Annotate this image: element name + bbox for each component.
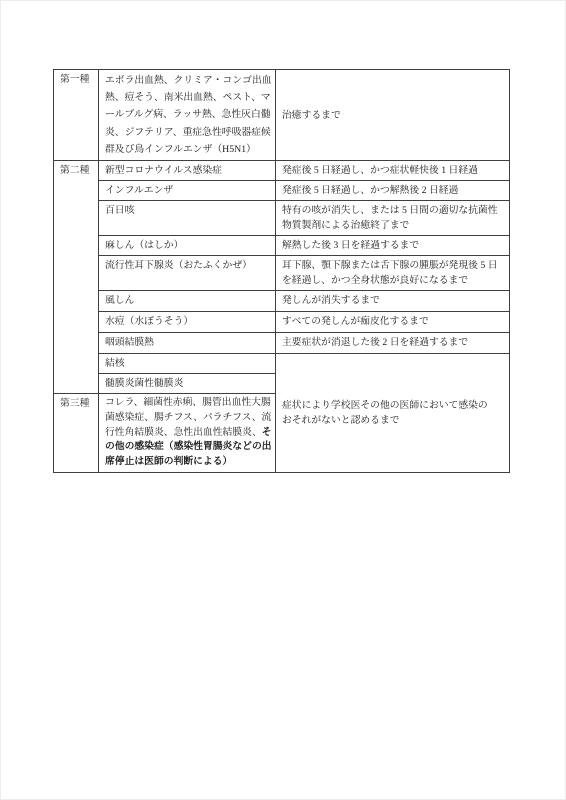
criteria-cell-rubella: 発しんが消失するまで bbox=[276, 291, 510, 312]
criteria-cell-pharyngoconjunctival-fever: 主要症状が消退した後 2 日を経過するまで bbox=[276, 333, 510, 354]
disease-cell-meningococcal-meningitis: 髄膜炎菌性髄膜炎 bbox=[99, 374, 276, 394]
table-row: 麻しん（はしか） 解熱した後 3 日を経過するまで bbox=[54, 236, 510, 256]
table-row: インフルエンザ 発症後 5 日経過し、かつ解熱後 2 日経過 bbox=[54, 181, 510, 201]
disease-cell-pharyngoconjunctival-fever: 咽頭結膜熱 bbox=[99, 333, 276, 354]
disease-cell-rubella: 風しん bbox=[99, 291, 276, 312]
table-row: 第二種 新型コロナウイルス感染症 発症後 5 日経過し、かつ症状軽快後 1 日経… bbox=[54, 161, 510, 181]
criteria-cell-pertussis: 特有の咳が消失し、または 5 日間の適切な抗菌性物質製剤による治癒終了まで bbox=[276, 201, 510, 236]
criteria-cell-mumps: 耳下腺、顎下腺または舌下腺の腫脹が発現後 5 日を経過し、かつ全身状態が良好にな… bbox=[276, 256, 510, 291]
category-cell-type1: 第一種 bbox=[54, 70, 99, 161]
criteria-cell-chickenpox: すべての発しんが痂皮化するまで bbox=[276, 312, 510, 333]
table-row: 百日咳 特有の咳が消失し、または 5 日間の適切な抗菌性物質製剤による治癒終了ま… bbox=[54, 201, 510, 236]
category-cell-type2: 第二種 bbox=[54, 161, 99, 394]
criteria-cell-covid: 発症後 5 日経過し、かつ症状軽快後 1 日経過 bbox=[276, 161, 510, 181]
disease-cell-measles: 麻しん（はしか） bbox=[99, 236, 276, 256]
attendance-suspension-table: 第一種 エボラ出血熱、クリミア・コンゴ出血熱、痘そう、南米出血熱、ペスト、マール… bbox=[53, 69, 510, 473]
diseases-type3-regular-text: コレラ、細菌性赤痢、腸管出血性大腸菌感染症、腸チフス、パラチフス、流行性角結膜炎… bbox=[105, 397, 271, 438]
criteria-cell-shared: 症状により学校医その他の医師において感染のおそれがないと認めるまで bbox=[276, 354, 510, 473]
criteria-cell-measles: 解熱した後 3 日を経過するまで bbox=[276, 236, 510, 256]
table-row: 水痘（水ぼうそう） すべての発しんが痂皮化するまで bbox=[54, 312, 510, 333]
disease-cell-tuberculosis: 結核 bbox=[99, 354, 276, 374]
document-page: 第一種 エボラ出血熱、クリミア・コンゴ出血熱、痘そう、南米出血熱、ペスト、マール… bbox=[0, 0, 566, 800]
disease-cell-pertussis: 百日咳 bbox=[99, 201, 276, 236]
diseases-cell-type3: コレラ、細菌性赤痢、腸管出血性大腸菌感染症、腸チフス、パラチフス、流行性角結膜炎… bbox=[99, 394, 276, 473]
disease-cell-chickenpox: 水痘（水ぼうそう） bbox=[99, 312, 276, 333]
criteria-cell-influenza: 発症後 5 日経過し、かつ解熱後 2 日経過 bbox=[276, 181, 510, 201]
disease-cell-mumps: 流行性耳下腺炎（おたふくかぜ） bbox=[99, 256, 276, 291]
table-row: 風しん 発しんが消失するまで bbox=[54, 291, 510, 312]
category-cell-type3: 第三種 bbox=[54, 394, 99, 473]
diseases-cell-type1: エボラ出血熱、クリミア・コンゴ出血熱、痘そう、南米出血熱、ペスト、マールブルグ病… bbox=[99, 70, 276, 161]
disease-cell-influenza: インフルエンザ bbox=[99, 181, 276, 201]
table-row: 結核 症状により学校医その他の医師において感染のおそれがないと認めるまで bbox=[54, 354, 510, 374]
table-row: 咽頭結膜熱 主要症状が消退した後 2 日を経過するまで bbox=[54, 333, 510, 354]
disease-cell-covid: 新型コロナウイルス感染症 bbox=[99, 161, 276, 181]
table-row: 第一種 エボラ出血熱、クリミア・コンゴ出血熱、痘そう、南米出血熱、ペスト、マール… bbox=[54, 70, 510, 161]
table-row: 流行性耳下腺炎（おたふくかぜ） 耳下腺、顎下腺または舌下腺の腫脹が発現後 5 日… bbox=[54, 256, 510, 291]
criteria-cell-type1: 治癒するまで bbox=[276, 70, 510, 161]
